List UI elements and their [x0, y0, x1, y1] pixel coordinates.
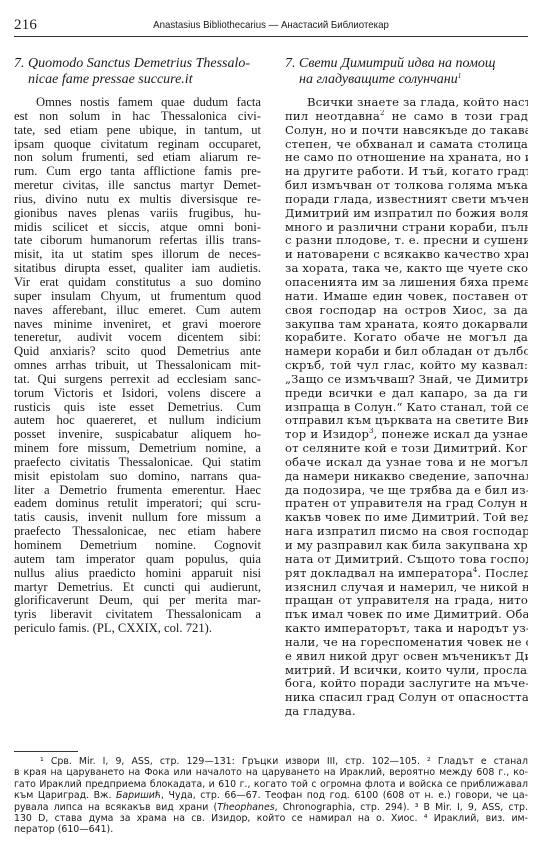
footnote-line: гато Ираклий предприема блокадата, и 610… [14, 779, 528, 790]
footnote-ref[interactable]: 2 [380, 110, 385, 117]
latin-text-line: minem fore missum, Demetrium nomine, a [14, 442, 261, 456]
latin-text-line: posset invenire, suspicabatur aliquem ho… [14, 428, 261, 442]
latin-text-line: periculo famis. (PL, CXXIX, col. 721). [14, 622, 261, 636]
footnote-line: 130 D, става дума за храма на св. Изидор… [14, 813, 528, 824]
bulgarian-column: 7. Свети Димитрий идва на помощ на гладу… [285, 56, 528, 719]
bulgarian-text-line: Солун, но и почти навсякъде до такава [285, 124, 528, 138]
bulgarian-text-line: не само по отношение на храната, но и [285, 151, 528, 165]
bulgarian-text-line: пратен от управителя на град Солун ня- [285, 497, 528, 511]
bulgarian-text-line: отправил към църквата на светите Вик- [285, 414, 528, 428]
latin-text-line: tate ciborum humanorum refertas illis tr… [14, 234, 261, 248]
latin-text-line: autem tam imperator quam populus, quia [14, 553, 261, 567]
latin-text-line: torum Victoris et Isidori, volens discer… [14, 387, 261, 401]
footnotes: ¹ Срв. Mir. I, 9, ASS, стр. 129—131: Гръ… [14, 756, 528, 836]
latin-section-title: 7. Quomodo Sanctus Demetrius Thessalo- n… [14, 56, 261, 92]
bulgarian-title-line-2-text: на гладуващите солунчани [299, 72, 458, 87]
latin-text-line: super insulam Chyum, ut frumentum quod [14, 290, 261, 304]
latin-text-line: glorificaverunt Deum, qui per merita mar… [14, 594, 261, 608]
latin-text-line: naves minime inveniret, et gravi moerore [14, 318, 261, 332]
latin-title-line-2: nicae fame pressae succure.it [14, 72, 261, 88]
latin-text-line: tyris liberavit civitatem Thessalonicam … [14, 608, 261, 622]
latin-text-line: nullus alius praedicto homini apparuit n… [14, 567, 261, 581]
latin-column: 7. Quomodo Sanctus Demetrius Thessalo- n… [14, 56, 261, 636]
bulgarian-text-line: ната от Димитрий. Същото това господа- [285, 553, 528, 567]
latin-text-line: liter a Demetrio frumenta emerentur. Hae… [14, 484, 261, 498]
latin-text-line: hominem Demetrium nomine. Cognovit [14, 539, 261, 553]
bulgarian-body-text: Всички знаете за глада, който настъ-пил … [285, 96, 528, 719]
bulgarian-text-line: намери кораби и бил обладан от дълбока [285, 345, 528, 359]
bulgarian-text-line: Всички знаете за глада, който настъ- [285, 96, 528, 110]
latin-body-text: Omnes nostis famem quae dudum factaest n… [14, 96, 261, 636]
latin-text-line: tat. Qui surgens perrexit ad ecclesiam s… [14, 373, 261, 387]
latin-title-line-1: 7. Quomodo Sanctus Demetrius Thessalo- [14, 56, 261, 72]
latin-text-line: ipsam quoque civitatum reginam occuparet… [14, 138, 261, 152]
bulgarian-text-line: изяснил случая и намерил, че никой не е … [285, 581, 528, 595]
bulgarian-text-line: изпраща в Солун.“ Като станал, той се [285, 401, 528, 415]
bulgarian-text-line: какъв човек по име Димитрий. Той вед- [285, 511, 528, 525]
bulgarian-text-line: да гладува. [285, 705, 528, 719]
latin-text-line: martyr Demetrius. Et cuncti qui audierun… [14, 581, 261, 595]
bulgarian-text-line: степен, че обхванал и самата столица [285, 138, 528, 152]
latin-text-line: praefecto Thessalonicae, nec etiam haber… [14, 525, 261, 539]
bulgarian-text-line: за хората, така че, както ще чуете скоро… [285, 262, 528, 276]
latin-text-line: misit, ita ut statim spes illorum de nec… [14, 248, 261, 262]
bulgarian-text-line: опасенията им за лишения бяха премах- [285, 276, 528, 290]
latin-text-line: sitatibus dirupta esset, qualiter iam au… [14, 262, 261, 276]
latin-text-line: gionibus naves plenas variis frugibus, h… [14, 207, 261, 221]
bulgarian-text-line: пращан от управителя на града, нито [285, 594, 528, 608]
bulgarian-text-line: закупва там храната, която докарвали [285, 318, 528, 332]
bulgarian-text-line: поради глада, известният свети мъченик [285, 193, 528, 207]
bulgarian-section-title: 7. Свети Димитрий идва на помощ на гладу… [285, 56, 528, 92]
bulgarian-text-line: рят докладвал на императора4. Последният [285, 567, 528, 581]
latin-text-line: praefecto civitatis Thessalonicae. Qui s… [14, 456, 261, 470]
bulgarian-text-line: да подозира, че ще трябва да е бил из- [285, 484, 528, 498]
footnote-line: рувала липса на всякакъв вид храни (Theo… [14, 802, 528, 813]
latin-text-line: tatis causis, invenit nullum fore missum… [14, 511, 261, 525]
latin-text-line: omnes arrhas tribuit, ut Thessalonicam m… [14, 359, 261, 373]
bulgarian-title-line-2: на гладуващите солунчани1 [285, 72, 528, 88]
latin-text-line: rusticis quis iste esset Demetrius. Cum [14, 401, 261, 415]
bulgarian-text-line: да намери никакво сведение, започнал [285, 470, 528, 484]
latin-text-line: meretur civitas, ille sanctus martyr Dem… [14, 179, 261, 193]
latin-text-line: naves afferebant, illuc emeret. Cum aute… [14, 304, 261, 318]
latin-text-line: rius, divino nutu ex multis diversisque … [14, 193, 261, 207]
bulgarian-text-line: както императорът, така и народът уз- [285, 622, 528, 636]
bulgarian-text-line: пък имал човек по име Димитрий. Обаче [285, 608, 528, 622]
bulgarian-text-line: и му разправил как била закупвана хра- [285, 539, 528, 553]
running-title: Anastasius Bibliothecarius — Анастасий Б… [35, 19, 508, 31]
bulgarian-text-line: пил неотдавна2 не само в този град [285, 110, 528, 124]
bulgarian-text-line: ника спасил град Солун от опасността [285, 691, 528, 705]
footnote-line: ¹ Срв. Mir. I, 9, ASS, стр. 129—131: Гръ… [14, 756, 528, 767]
latin-text-line: tate, sed etiam pene ubique, in tantum, … [14, 124, 261, 138]
bulgarian-text-line: обаче искал да узнае това и не могъл [285, 456, 528, 470]
bulgarian-text-line: е явил никой друг освен мъченикът Ди- [285, 650, 528, 664]
footnote-line: ператор (610—641). [14, 824, 528, 835]
italic-citation: Баришић [116, 790, 161, 801]
latin-text-line: autem hoc quaereret, et nullum indicium [14, 414, 261, 428]
footnote-ref[interactable]: 1 [458, 72, 462, 80]
bulgarian-text-line: нати. Имаше един човек, поставен от [285, 290, 528, 304]
bulgarian-title-line-1: 7. Свети Димитрий идва на помощ [285, 56, 528, 72]
bulgarian-text-line: много и различни страни кораби, пълни [285, 221, 528, 235]
bulgarian-text-line: с разни плодове, т. е. пресни и сушени, [285, 234, 528, 248]
bulgarian-text-line: нали, че на гореспоменатия човек не се [285, 636, 528, 650]
footnote-separator [14, 751, 78, 752]
bulgarian-text-line: скръб, той чул глас, който му казвал: [285, 359, 528, 373]
footnote-ref[interactable]: 4 [473, 567, 478, 574]
latin-text-line: midis scilicet et siccis, atque omni bon… [14, 221, 261, 235]
bulgarian-text-line: нага изпратил писмо на своя господар [285, 525, 528, 539]
latin-text-line: eadem dominus retulit imperatori; qui sc… [14, 497, 261, 511]
bulgarian-text-line: от селяните кой е този Димитрий. Когато [285, 442, 528, 456]
footnote-ref[interactable]: 3 [369, 428, 374, 435]
bulgarian-text-line: на другите работи. И тъй, когато градът [285, 165, 528, 179]
italic-citation: Theophanes [217, 802, 274, 813]
bulgarian-text-line: бога, който поради заслугите на мъче- [285, 677, 528, 691]
latin-text-line: misit epistolam suo domino, narrans qua- [14, 470, 261, 484]
latin-text-line: est non solum in hac Thessalonica civi- [14, 110, 261, 124]
footnote-line: в края на царуването на Фока или началот… [14, 767, 528, 778]
latin-text-line: rum. Cum ergo tanta afflictione famis pr… [14, 165, 261, 179]
latin-text-line: Vir erat quidam constitutus a suo domino [14, 276, 261, 290]
latin-text-line: non solum frumenti, sed etiam aliarum re… [14, 151, 261, 165]
latin-text-line: Quid anxiaris? scito quod Demetrius ante [14, 345, 261, 359]
bulgarian-text-line: корабите. Когато обаче не могъл да [285, 331, 528, 345]
bulgarian-text-line: тор и Изидор3, понеже искал да узнае [285, 428, 528, 442]
running-header: 216 Anastasius Bibliothecarius — Анастас… [14, 16, 528, 37]
bulgarian-text-line: „Защо се измъчваш? Знай, че Димитрий [285, 373, 528, 387]
bulgarian-text-line: и натоварени с всякакво качество храна [285, 248, 528, 262]
bulgarian-text-line: митрий. И всички, които чули, прославили [285, 664, 528, 678]
bulgarian-text-line: Димитрий им изпратил по божия воля от [285, 207, 528, 221]
bulgarian-text-line: преди всички е дал капаро, за да ги [285, 387, 528, 401]
footnote-line: към Цариград. Вж. Баришић, Чуда, стр. 66… [14, 790, 528, 801]
latin-text-line: teneretur, audivit vocem dicentem sibi: [14, 331, 261, 345]
bulgarian-text-line: своя господар на остров Хиос, за да [285, 304, 528, 318]
latin-text-line: Omnes nostis famem quae dudum facta [14, 96, 261, 110]
bulgarian-text-line: бил измъчван от толкова голяма мъка [285, 179, 528, 193]
